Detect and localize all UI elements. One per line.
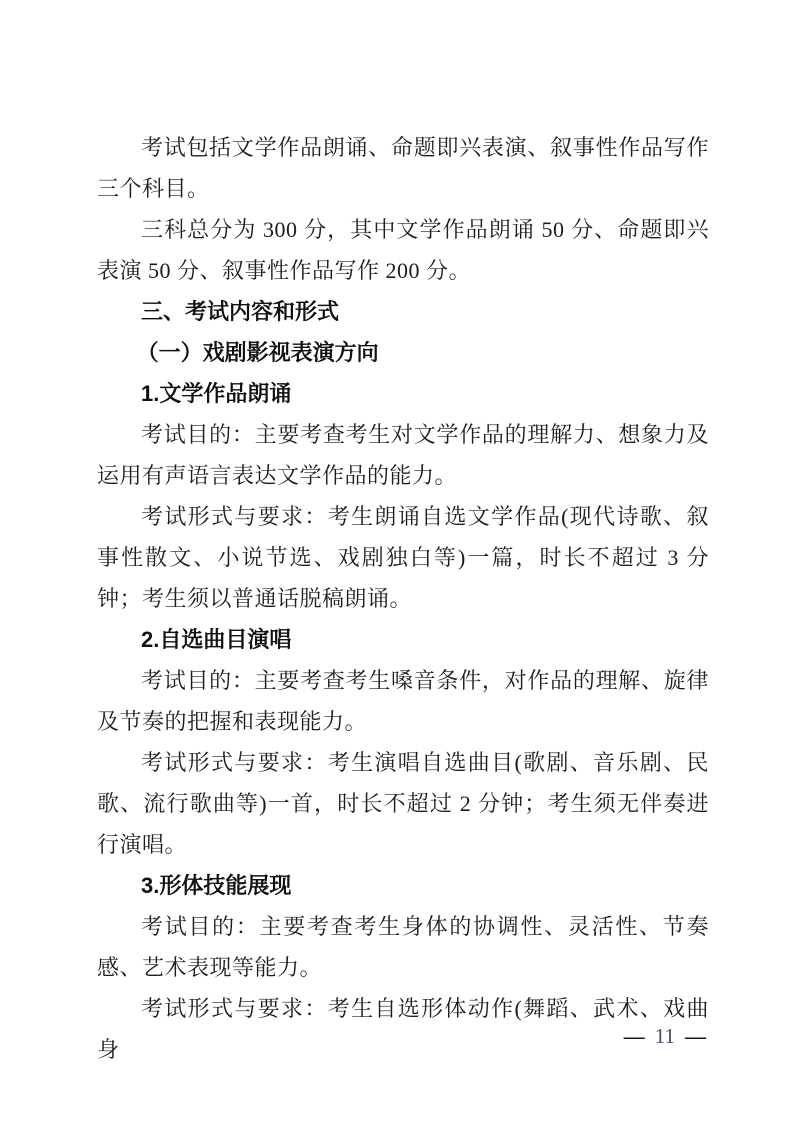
paragraph-exam-subjects: 考试包括文学作品朗诵、命题即兴表演、叙事性作品写作三个科目。: [97, 127, 709, 209]
page-number-left-dash: —: [624, 1024, 645, 1048]
page-number-footer: —11—: [624, 1022, 706, 1050]
paragraph-physical-purpose: 考试目的：主要考查考生身体的协调性、灵活性、节奏感、艺术表现等能力。: [97, 906, 709, 988]
subsection-heading-drama-film-performance: （一）戏剧影视表演方向: [97, 332, 709, 373]
paragraph-physical-format: 考试形式与要求：考生自选形体动作(舞蹈、武术、戏曲身: [97, 988, 709, 1070]
paragraph-total-score: 三科总分为 300 分，其中文学作品朗诵 50 分、命题即兴表演 50 分、叙事…: [97, 209, 709, 291]
item-heading-physical-skills: 3.形体技能展现: [97, 865, 709, 906]
paragraph-recitation-format: 考试形式与要求：考生朗诵自选文学作品(现代诗歌、叙事性散文、小说节选、戏剧独白等…: [97, 496, 709, 619]
item-heading-song-singing: 2.自选曲目演唱: [97, 619, 709, 660]
section-heading-exam-content: 三、考试内容和形式: [97, 291, 709, 332]
item-heading-literary-recitation: 1.文学作品朗诵: [97, 373, 709, 414]
paragraph-singing-purpose: 考试目的：主要考查考生嗓音条件，对作品的理解、旋律及节奏的把握和表现能力。: [97, 660, 709, 742]
paragraph-singing-format: 考试形式与要求：考生演唱自选曲目(歌剧、音乐剧、民歌、流行歌曲等)一首，时长不超…: [97, 742, 709, 865]
page-number-right-dash: —: [685, 1024, 706, 1048]
document-page: 考试包括文学作品朗诵、命题即兴表演、叙事性作品写作三个科目。 三科总分为 300…: [0, 0, 794, 1123]
document-body: 考试包括文学作品朗诵、命题即兴表演、叙事性作品写作三个科目。 三科总分为 300…: [97, 127, 709, 1070]
page-number: 11: [645, 1024, 685, 1048]
paragraph-recitation-purpose: 考试目的：主要考查考生对文学作品的理解力、想象力及运用有声语言表达文学作品的能力…: [97, 414, 709, 496]
